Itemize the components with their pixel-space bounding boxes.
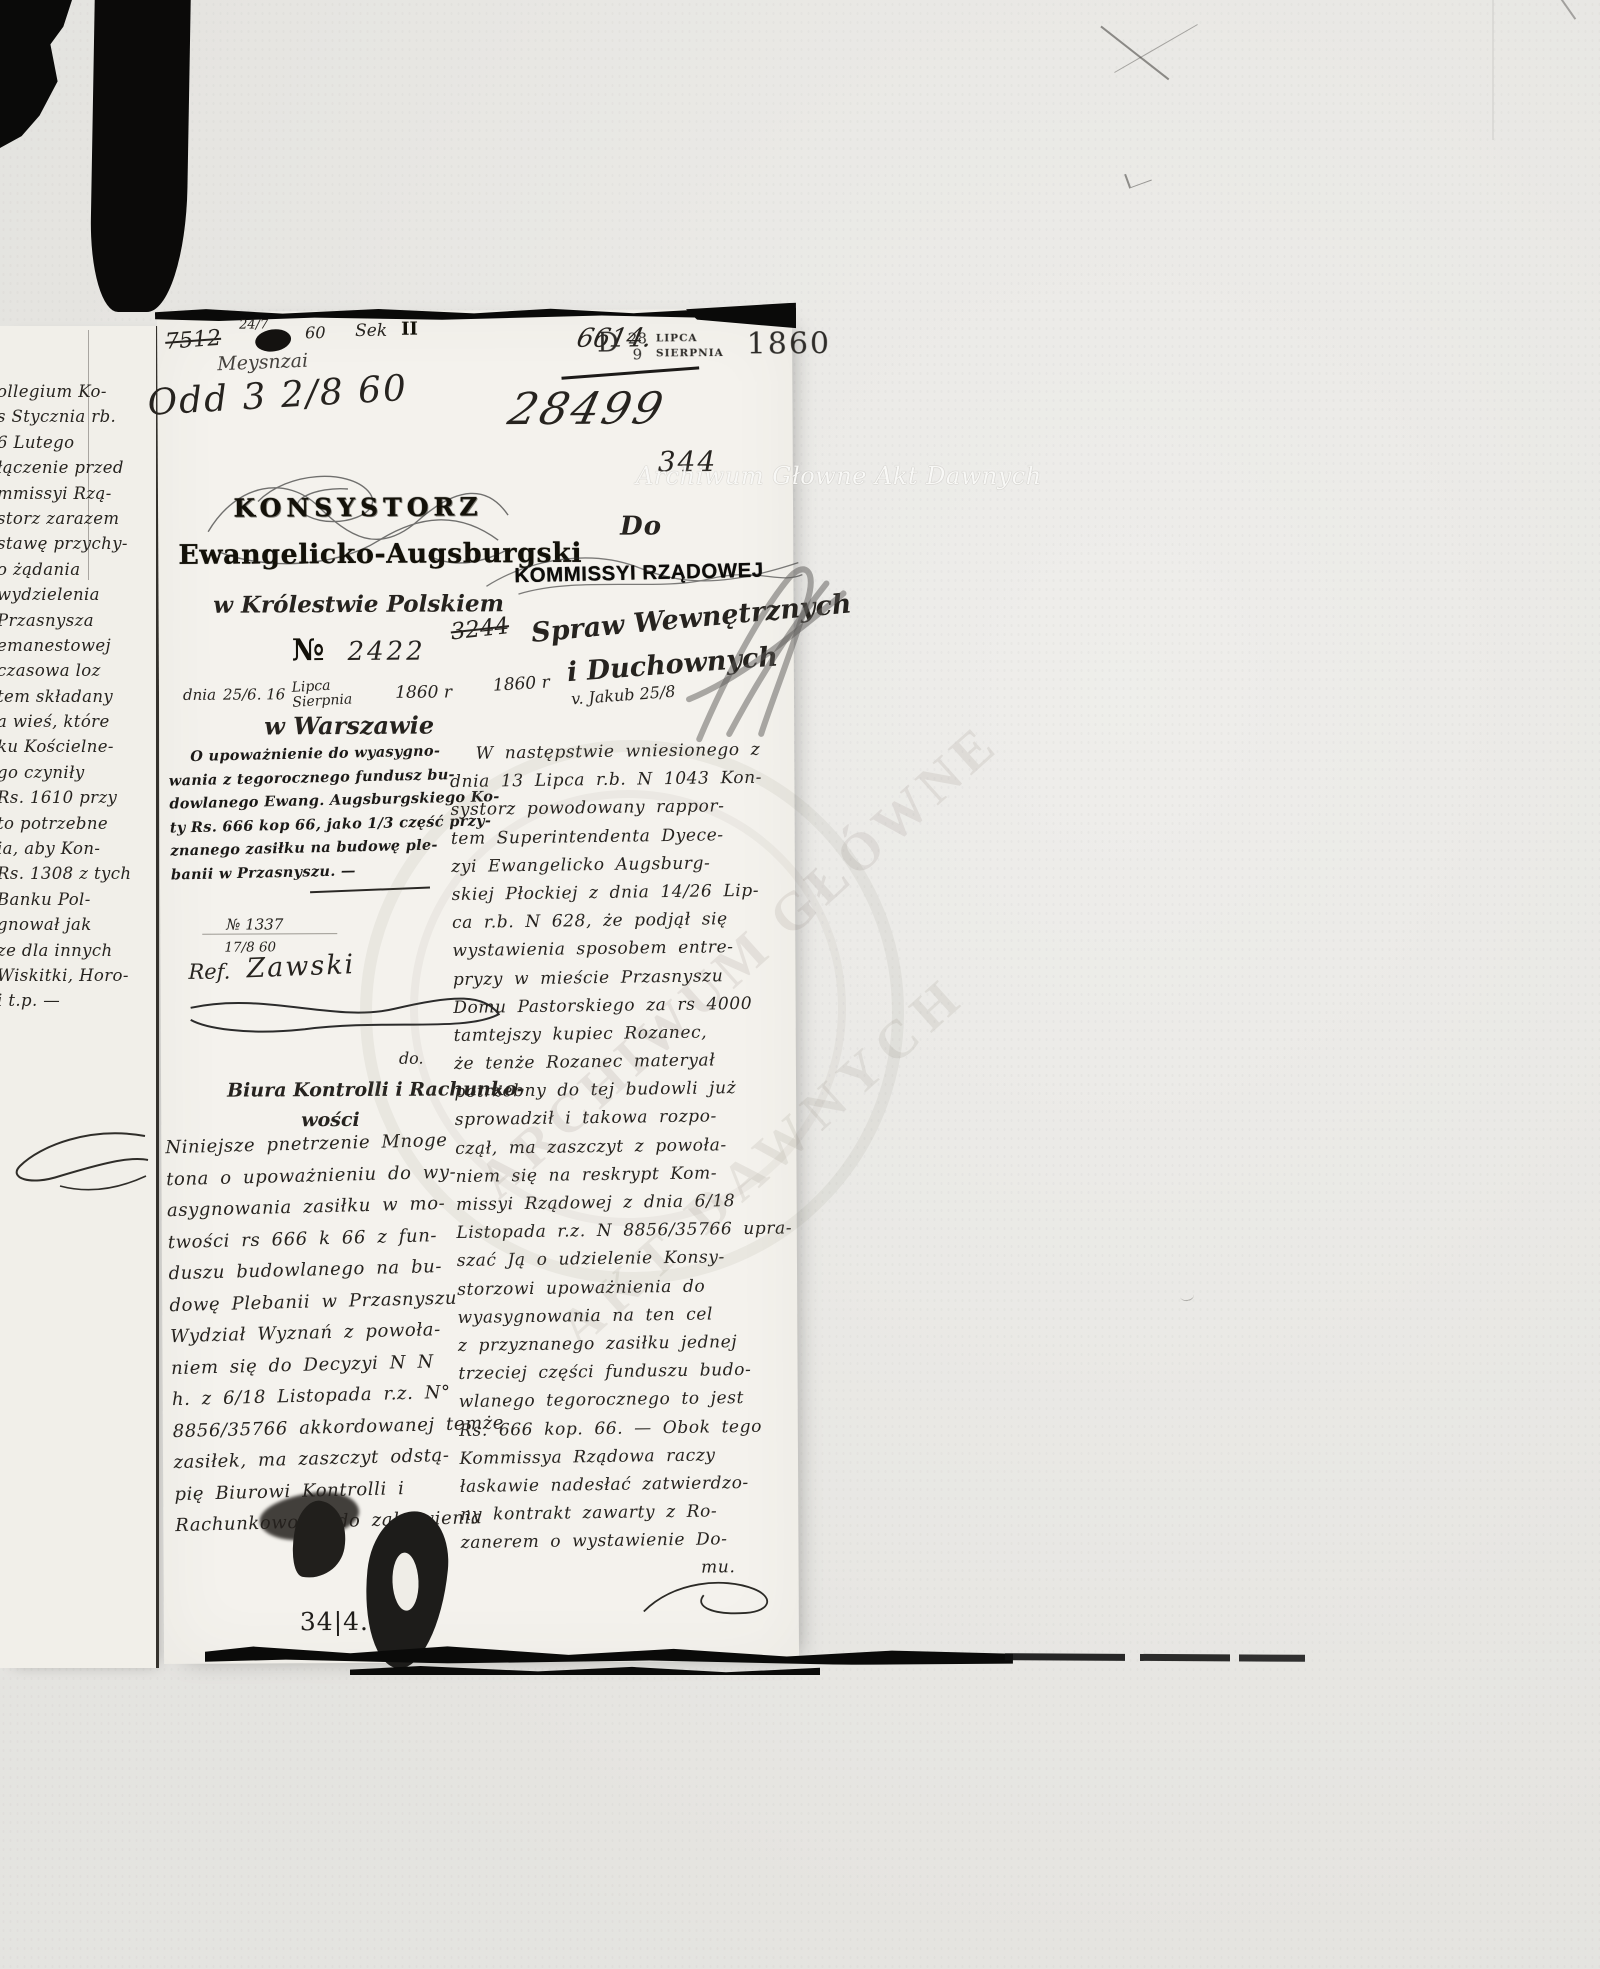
scan-mark: [1124, 166, 1152, 188]
left-page-line: ollegium Ko-: [0, 382, 150, 407]
left-page-line: s Stycznia rb.: [0, 407, 150, 432]
left-page-line: Przasnysza: [0, 611, 150, 636]
left-page-line: to potrzebne: [0, 814, 150, 839]
left-page-line: Rs. 1610 przy: [0, 788, 150, 813]
letterhead-no-value: 2422: [347, 637, 425, 667]
body-end-flourish: [634, 1571, 784, 1622]
letterhead-date-value: 25/6. 16: [223, 679, 285, 703]
letterhead-city: w Warszawie: [199, 710, 499, 741]
letterhead-org-name: KONSYSTORZ: [208, 492, 508, 523]
left-page-line: ze dla innych: [0, 941, 150, 966]
left-page-line: storz zarazem: [0, 509, 150, 534]
scanned-archival-document: ollegium Ko- s Stycznia rb. 6 Lutego łąc…: [0, 0, 1600, 1969]
left-page-line: Banku Pol-: [0, 890, 150, 915]
left-page-line: czasowa loz: [0, 661, 150, 686]
scan-mark: [1179, 1289, 1195, 1302]
left-page-line: wydzielenia: [0, 585, 150, 610]
left-page-line: emanestowej: [0, 636, 150, 661]
addressee-do: Do: [620, 511, 662, 541]
page-bottom-edge-thin: [1005, 1653, 1305, 1662]
left-page-text-column: ollegium Ko- s Stycznia rb. 6 Lutego łąc…: [0, 382, 150, 1017]
ink-blot-hole: [391, 1552, 419, 1611]
left-page-line: łączenie przed: [0, 458, 150, 483]
addressee-year-note: 1860 r: [492, 672, 550, 695]
left-page-signature-flourish: [0, 1116, 150, 1196]
left-page-line: mmissyi Rzą-: [0, 484, 150, 509]
odd-note-annotation: Odd 3 2/8 60: [146, 368, 409, 424]
clerk-scrawl-annotation: Meysnzai: [217, 350, 309, 376]
stamp-day-new: 9: [628, 346, 647, 362]
reference-number: № 1337: [226, 915, 283, 933]
stamp-day-old: 28: [628, 330, 647, 346]
left-page-line: tem składany: [0, 687, 150, 712]
letterhead-month-new: Sierpnia: [292, 692, 353, 710]
left-page-line: go czyniły: [0, 763, 150, 788]
left-page-line: gnował jak: [0, 915, 150, 940]
left-page-line: ku Kościelne-: [0, 737, 150, 762]
page-number: 34|4.: [300, 1607, 369, 1636]
scan-fold-line: [1492, 0, 1494, 140]
sek-annotation: Sek: [355, 321, 387, 341]
letterhead-year: 1860 r: [395, 678, 452, 702]
letterhead-no-label: №: [292, 633, 325, 668]
archive-watermark-text: Archiwum Głowne Akt Dawnych: [636, 462, 1042, 490]
scan-corner-blob: [0, 0, 72, 148]
stamp-year: 1860: [747, 326, 832, 361]
pencil-signature-scrawl: [668, 548, 859, 749]
page-bottom-edge-lip: [350, 1666, 820, 1675]
roman-numeral-annotation: II: [401, 319, 418, 340]
scan-scratch: [1558, 0, 1576, 19]
left-page-line: Rs. 1308 z tych: [0, 864, 150, 889]
left-page-line: 6 Lutego: [0, 433, 150, 458]
left-page-line: o żądania: [0, 560, 150, 585]
date-stamp: D 28 9 LIPCA SIERPNIA 1860: [597, 326, 831, 362]
scan-scratch: [1114, 24, 1198, 73]
dept-note-annotation: 60: [305, 323, 325, 342]
scan-black-bar: [89, 0, 190, 312]
left-page-line: i t.p. —: [0, 991, 150, 1016]
left-page-line: ia, aby Kon-: [0, 839, 150, 864]
case-number-annotation: 7512: [164, 326, 222, 355]
scan-scratch: [1101, 26, 1170, 80]
registry-divider-line: [561, 366, 699, 379]
letterhead-date-label: dnia: [183, 680, 216, 704]
registry-number-bottom: 28499: [503, 383, 670, 435]
referent-signature: Zawski: [246, 949, 356, 984]
stamp-letter: D: [597, 328, 619, 359]
left-page-line: a wieś, które: [0, 712, 150, 737]
stamp-month-old: LIPCA: [656, 331, 724, 346]
stamp-month-new: SIERPNIA: [656, 346, 724, 361]
left-page-line: stawę przychy-: [0, 534, 150, 559]
left-page-line: Wiskitki, Horo-: [0, 966, 150, 991]
reference-ref-label: Ref.: [188, 960, 230, 984]
routing-line2: wości: [301, 1109, 360, 1131]
left-page-sheet: ollegium Ko- s Stycznia rb. 6 Lutego łąc…: [0, 326, 159, 1668]
